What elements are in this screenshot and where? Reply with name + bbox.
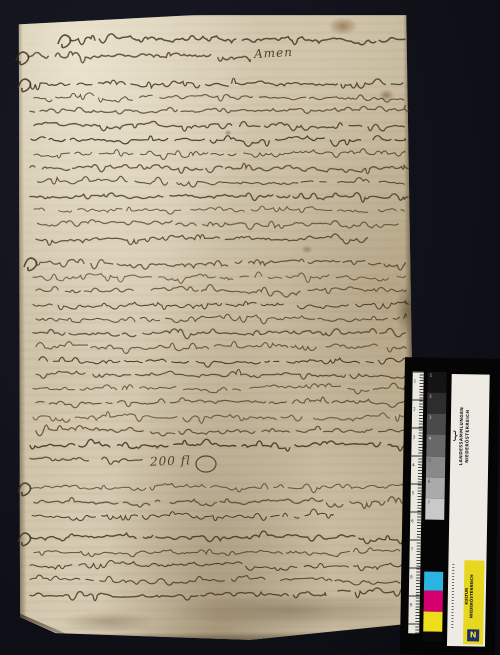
gray-step: 5 xyxy=(426,456,445,477)
cmy-color-patches xyxy=(423,572,443,642)
ruler-number: 7 xyxy=(411,547,416,551)
grayscale-step-wedge: 1234567 xyxy=(425,372,447,520)
ink-spot xyxy=(225,130,232,136)
bottom-shadow-stain xyxy=(170,593,420,629)
archive-label-strip: } LANDESSAMMLUNGEN NIEDERÖSTERREICH KULT… xyxy=(447,374,490,647)
color-patch-magenta xyxy=(424,591,443,612)
ruler-number: 6 xyxy=(411,519,416,523)
gray-step: 2 xyxy=(427,393,446,414)
ruler-number: 9 xyxy=(410,603,415,607)
ruler-number: 2 xyxy=(413,407,418,411)
color-patch-cyan xyxy=(424,572,443,591)
gray-step: 6 xyxy=(426,477,445,498)
gray-step-label: 6 xyxy=(428,479,431,483)
scan-viewport: Amen 200 fl 123456789 1234567 } LANDESSA… xyxy=(0,0,500,655)
legible-word-amen: Amen xyxy=(254,45,294,61)
kultur-label-text: KULTUR NIEDERÖSTERREICH xyxy=(463,564,484,628)
micro-text-illegible xyxy=(451,564,454,630)
ruler-number: 5 xyxy=(412,491,417,495)
ink-spot xyxy=(301,245,312,253)
color-calibration-target: 123456789 1234567 } LANDESSAMMLUNGEN NIE… xyxy=(400,357,500,655)
color-patch-black xyxy=(423,632,442,642)
ruler-number: 4 xyxy=(412,463,417,467)
bracket-logo-glyph: } xyxy=(420,431,492,440)
gray-step-label: 7 xyxy=(427,500,430,504)
manuscript-page xyxy=(16,13,416,644)
foxing-stain xyxy=(60,610,156,633)
archive-label: } LANDESSAMMLUNGEN NIEDERÖSTERREICH xyxy=(451,400,488,473)
gray-step: 1 xyxy=(427,372,446,393)
kultur-label-line1: KULTUR xyxy=(464,588,469,605)
ruler-number: 8 xyxy=(410,575,415,579)
kultur-label-line2: NIEDERÖSTERREICH xyxy=(469,574,475,618)
gray-step-label: 1 xyxy=(430,374,433,378)
measurement-ruler: 123456789 xyxy=(408,371,424,633)
legible-amount-200fl: 200 fl xyxy=(150,453,191,468)
color-patch-yellow xyxy=(423,612,442,632)
gray-step-label: 2 xyxy=(429,395,432,399)
paper-edge xyxy=(16,15,27,643)
ink-stain xyxy=(328,17,358,35)
ruler-number: 1 xyxy=(414,379,419,383)
kultur-label: KULTUR NIEDERÖSTERREICH N xyxy=(463,560,484,644)
paper-edge xyxy=(20,631,416,644)
ruler-number: 3 xyxy=(413,435,418,439)
gray-step-label: 5 xyxy=(428,458,431,462)
gray-step-label: 3 xyxy=(429,416,432,420)
niederoesterreich-n-logo: N xyxy=(467,629,479,641)
gray-step: 7 xyxy=(425,498,444,519)
ink-stain xyxy=(378,89,394,102)
